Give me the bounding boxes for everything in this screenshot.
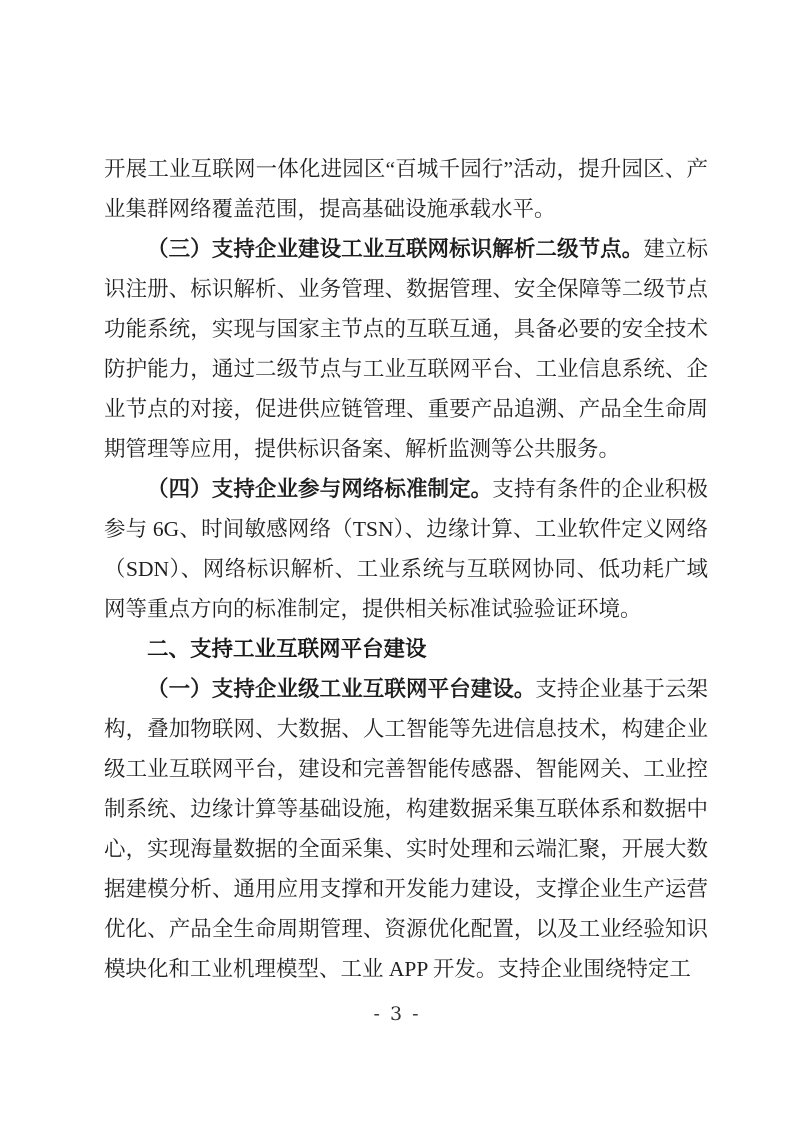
body-text: 支持企业基于云架构，叠加物联网、大数据、人工智能等先进信息技术，构建企业级工业互… bbox=[104, 677, 708, 981]
body-text: 开展工业互联网一体化进园区“百城千园行”活动，提升园区、产业集群网络覆盖范围，提… bbox=[104, 157, 708, 221]
paragraph-2: （三）支持企业建设工业互联网标识解析二级节点。建立标识注册、标识解析、业务管理、… bbox=[104, 229, 708, 469]
body-text: 建立标识注册、标识解析、业务管理、数据管理、安全保障等二级节点功能系统，实现与国… bbox=[104, 237, 708, 461]
bold-lead-text: （一）支持企业级工业互联网平台建设。 bbox=[147, 677, 535, 701]
page-footer: - 3 - bbox=[0, 1000, 794, 1028]
paragraph-5: （一）支持企业级工业互联网平台建设。支持企业基于云架构，叠加物联网、大数据、人工… bbox=[104, 669, 708, 989]
paragraph-3: （四）支持企业参与网络标准制定。支持有条件的企业积极参与 6G、时间敏感网络（T… bbox=[104, 469, 708, 629]
document-page: 开展工业互联网一体化进园区“百城千园行”活动，提升园区、产业集群网络覆盖范围，提… bbox=[0, 0, 794, 1123]
document-body: 开展工业互联网一体化进园区“百城千园行”活动，提升园区、产业集群网络覆盖范围，提… bbox=[104, 149, 708, 989]
bold-lead-text: （四）支持企业参与网络标准制定。 bbox=[147, 477, 492, 501]
bold-lead-text: 二、支持工业互联网平台建设 bbox=[147, 637, 427, 661]
bold-lead-text: （三）支持企业建设工业互联网标识解析二级节点。 bbox=[147, 237, 643, 261]
section-heading: 二、支持工业互联网平台建设 bbox=[104, 629, 708, 669]
paragraph-1: 开展工业互联网一体化进园区“百城千园行”活动，提升园区、产业集群网络覆盖范围，提… bbox=[104, 149, 708, 229]
page-number: - 3 - bbox=[373, 1003, 420, 1025]
